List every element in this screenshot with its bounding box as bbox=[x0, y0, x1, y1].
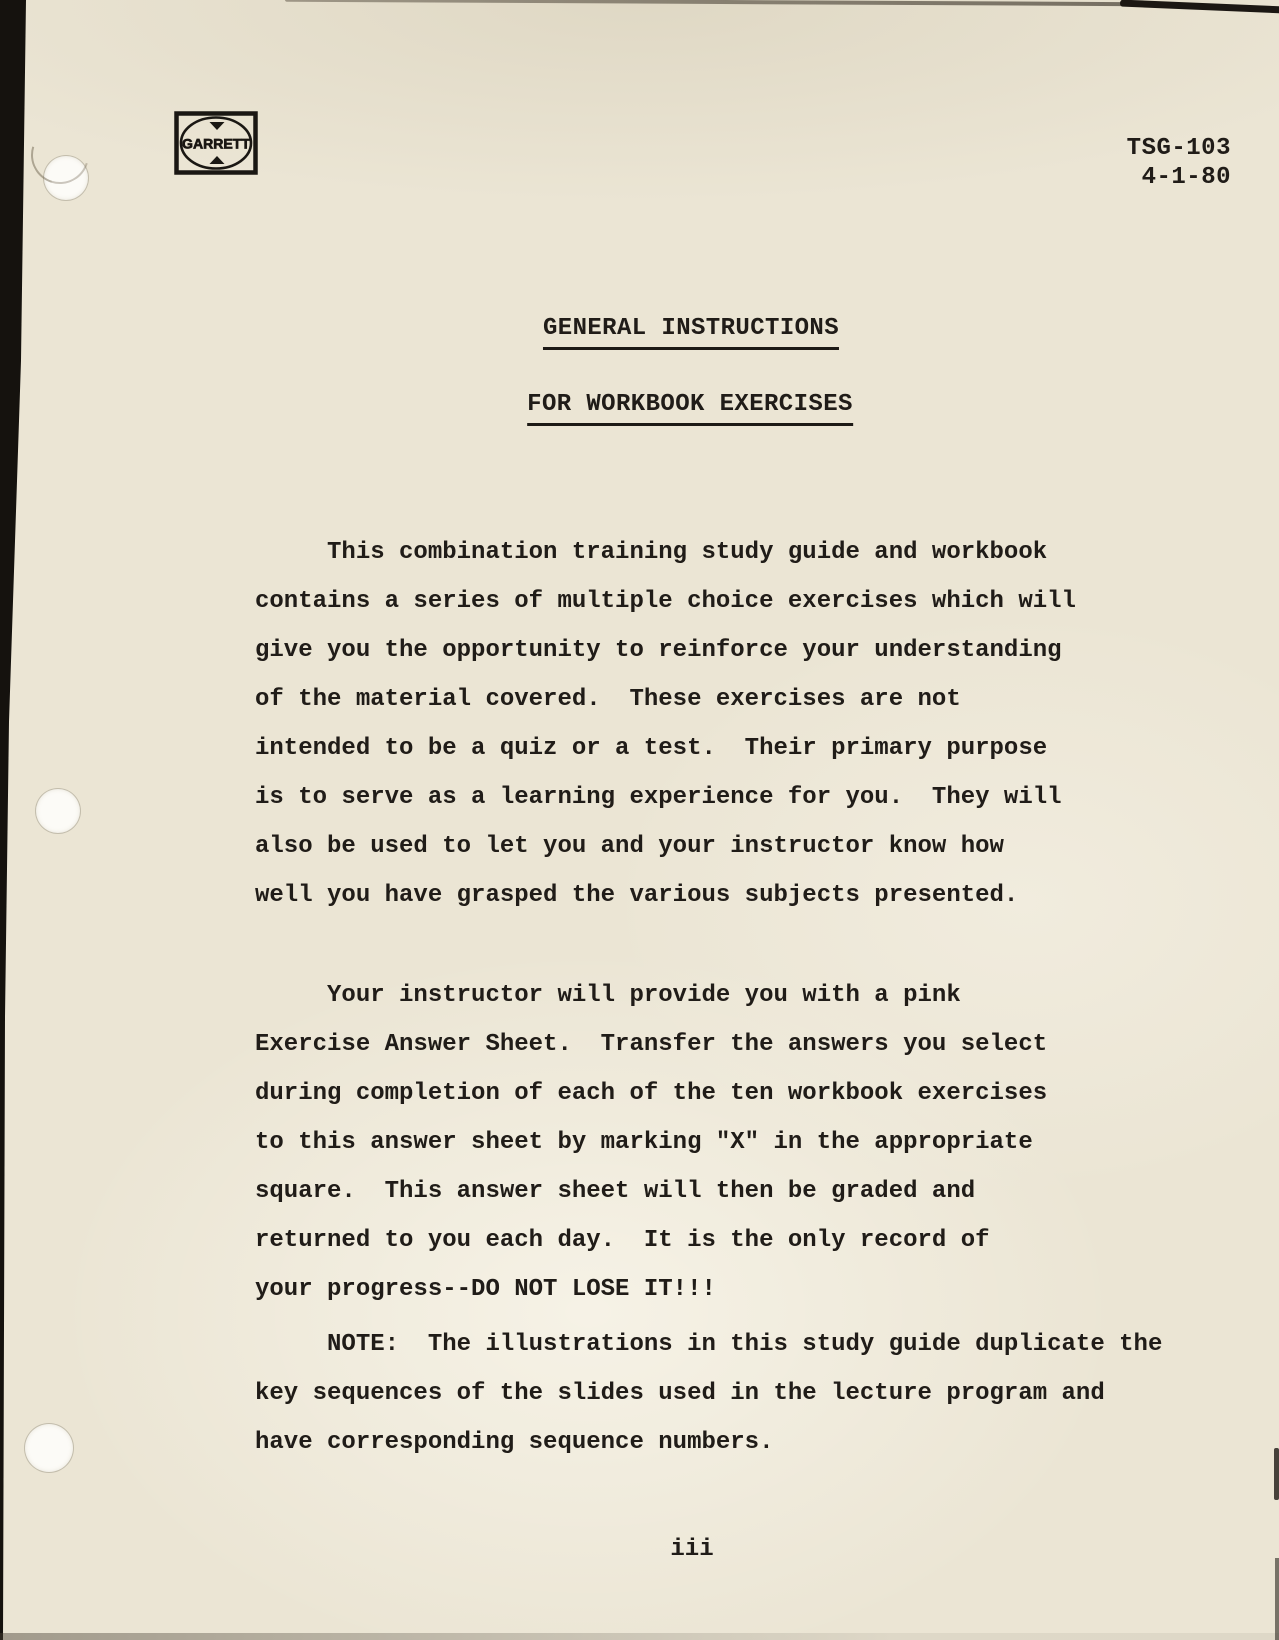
scan-edge-right bbox=[1274, 1448, 1279, 1500]
page-subtitle: FOR WORKBOOK EXERCISES bbox=[527, 391, 853, 426]
doc-reference: TSG-103 4-1-80 bbox=[1127, 134, 1231, 192]
logo-text: GARRETT bbox=[182, 136, 250, 152]
garrett-logo-icon: GARRETT bbox=[174, 111, 258, 175]
paragraph-answer-sheet: Your instructor will provide you with a … bbox=[255, 971, 1047, 1314]
logo-triangle-down bbox=[210, 122, 225, 130]
doc-number: TSG-103 bbox=[1127, 134, 1231, 163]
punch-hole-middle bbox=[35, 788, 81, 834]
scan-edge-bottom bbox=[0, 1633, 1279, 1640]
logo-triangle-up bbox=[210, 156, 225, 164]
paragraph-note: NOTE: The illustrations in this study gu… bbox=[255, 1320, 1162, 1467]
scan-edge-right bbox=[1275, 1558, 1279, 1640]
scan-edge-top bbox=[285, 0, 1165, 6]
paragraph-intro: This combination training study guide an… bbox=[255, 528, 1076, 920]
scanned-document-page: GARRETT TSG-103 4-1-80 GENERAL INSTRUCTI… bbox=[0, 0, 1279, 1640]
scan-edge-top-right bbox=[1120, 0, 1279, 13]
punch-hole-bottom bbox=[24, 1423, 74, 1473]
doc-date: 4-1-80 bbox=[1127, 163, 1231, 192]
page-number: iii bbox=[670, 1536, 713, 1564]
page-title: GENERAL INSTRUCTIONS bbox=[543, 315, 839, 350]
scan-edge-left bbox=[0, 0, 30, 1640]
